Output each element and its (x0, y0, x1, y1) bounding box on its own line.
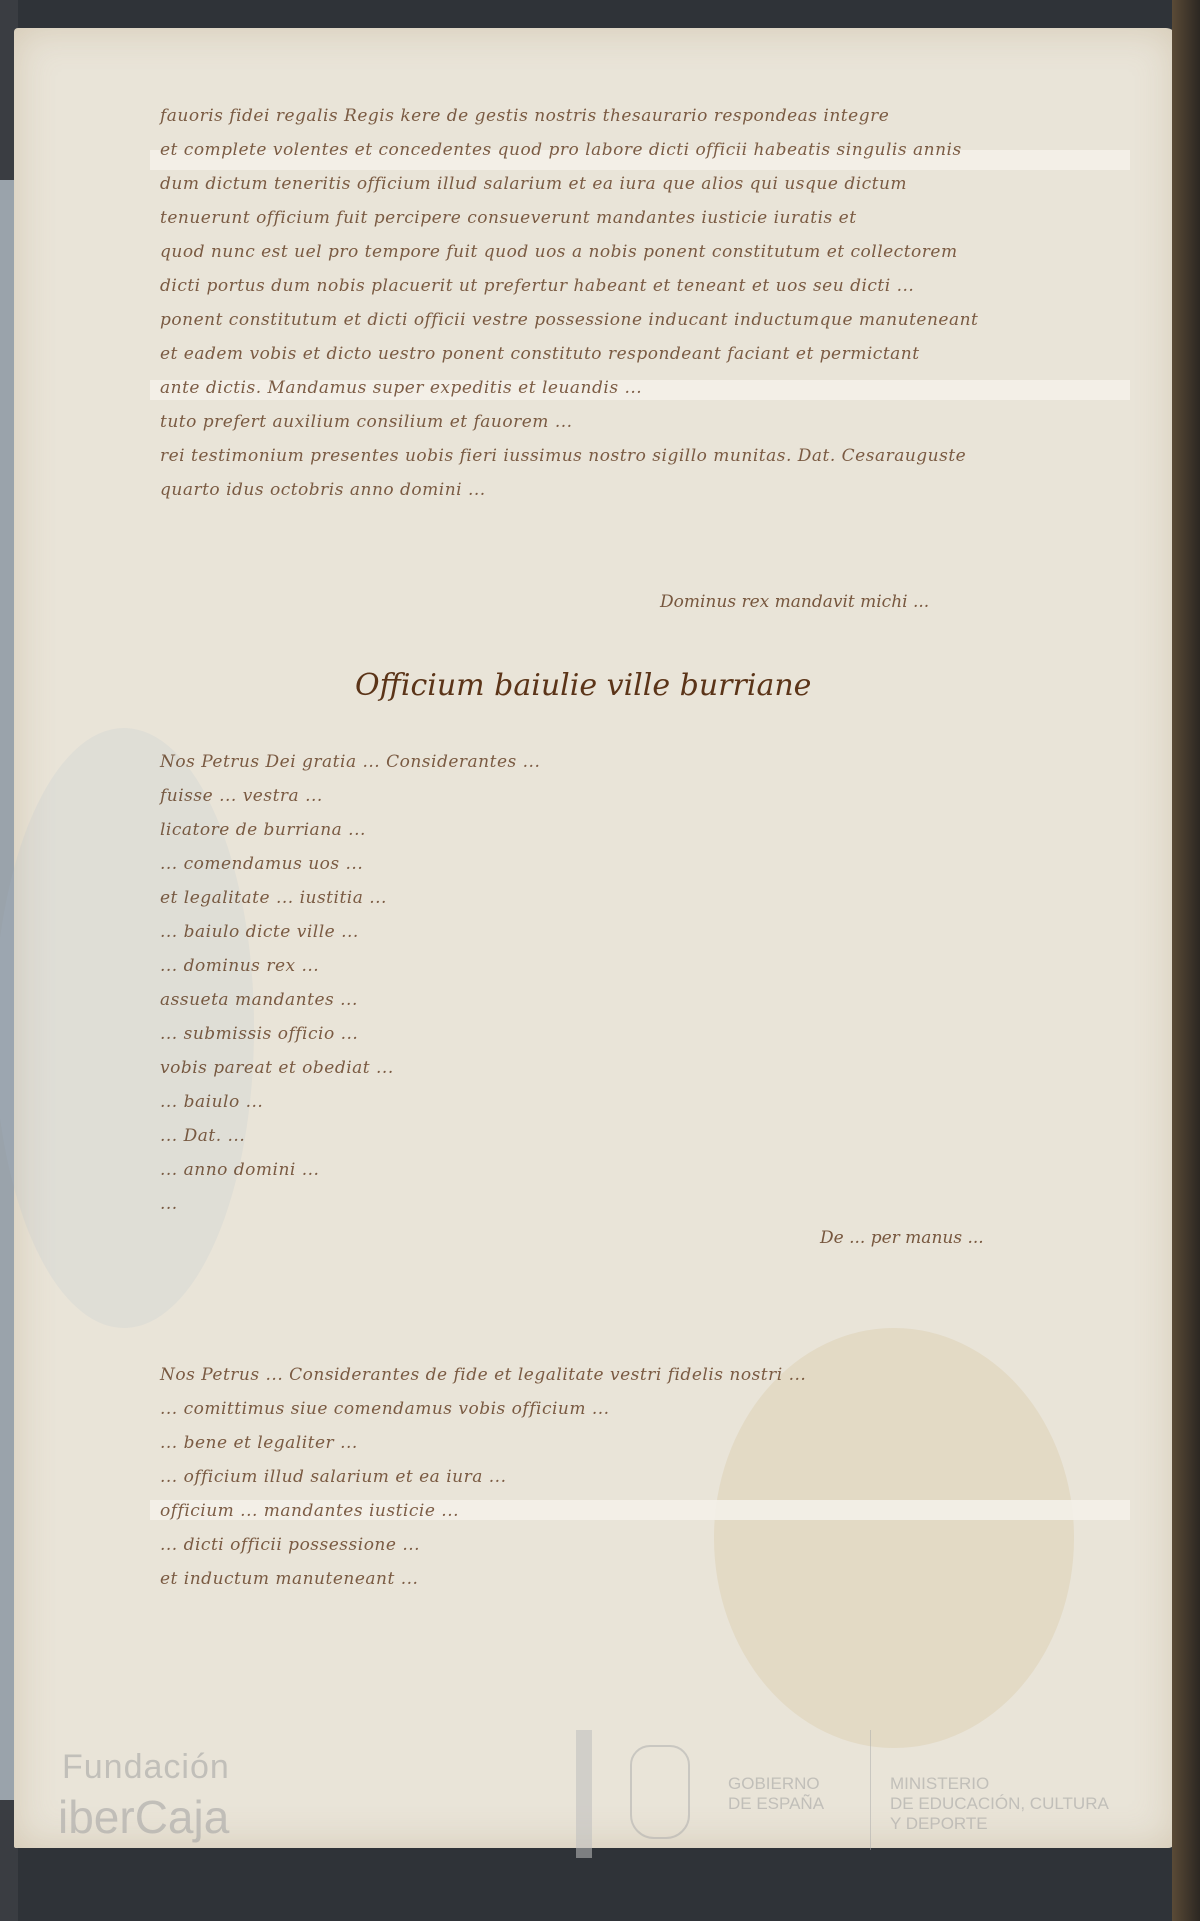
manuscript-line: ... comittimus siue comendamus vobis off… (160, 1399, 610, 1425)
watermark-foundation: Fundación (62, 1748, 230, 1787)
manuscript-line: ... anno domini ... (160, 1160, 319, 1186)
signature-note: De ... per manus ... (820, 1228, 984, 1248)
manuscript-line: rei testimonium presentes uobis fieri iu… (160, 446, 966, 472)
manuscript-line: et inductum manuteneant ... (160, 1569, 418, 1595)
watermark-ministry: MINISTERIO DE EDUCACIÓN, CULTURA Y DEPOR… (890, 1774, 1109, 1834)
watermark-government: GOBIERNO DE ESPAÑA (728, 1774, 824, 1814)
coat-of-arms-icon (630, 1745, 690, 1839)
manuscript-line: ... bene et legaliter ... (160, 1433, 358, 1459)
manuscript-line: ante dictis. Mandamus super expeditis et… (160, 378, 642, 404)
manuscript-line: ... dicti officii possessione ... (160, 1535, 420, 1561)
manuscript-line: tuto prefert auxilium consilium et fauor… (160, 412, 573, 438)
manuscript-line: ... baiulo dicte ville ... (160, 922, 359, 948)
manuscript-line: et eadem vobis et dicto uestro ponent co… (160, 344, 920, 370)
manuscript-line: ... officium illud salarium et ea iura .… (160, 1467, 506, 1493)
manuscript-line: dum dictum teneritis officium illud sala… (160, 174, 907, 200)
signature-note: Dominus rex mandavit michi ... (660, 592, 929, 612)
manuscript-line: fauoris fidei regalis Regis kere de gest… (160, 106, 889, 132)
manuscript-line: officium ... mandantes iusticie ... (160, 1501, 459, 1527)
manuscript-line: et legalitate ... iustitia ... (160, 888, 387, 914)
section-heading: Officium baiulie ville burriane (355, 668, 811, 703)
watermark-min-line1: MINISTERIO (890, 1774, 1109, 1794)
manuscript-line: dicti portus dum nobis placuerit ut pref… (160, 276, 914, 302)
paper-stain (714, 1328, 1074, 1748)
watermark-gov-line1: GOBIERNO (728, 1774, 824, 1794)
book-binding-edge (1172, 0, 1200, 1921)
manuscript-line: ... comendamus uos ... (160, 854, 363, 880)
manuscript-line: ... Dat. ... (160, 1126, 245, 1152)
watermark-gov-line2: DE ESPAÑA (728, 1794, 824, 1814)
watermark-divider (870, 1730, 871, 1850)
manuscript-line: ... (160, 1194, 178, 1220)
watermark-min-line2: DE EDUCACIÓN, CULTURA (890, 1794, 1109, 1814)
manuscript-line: assueta mandantes ... (160, 990, 358, 1016)
watermark-flag-bar (576, 1730, 592, 1858)
manuscript-line: quarto idus octobris anno domini ... (160, 480, 486, 506)
manuscript-line: Nos Petrus Dei gratia ... Considerantes … (160, 752, 540, 778)
manuscript-line: ... baiulo ... (160, 1092, 263, 1118)
manuscript-line: et complete volentes et concedentes quod… (160, 140, 962, 166)
manuscript-line: fuisse ... vestra ... (160, 786, 323, 812)
manuscript-line: ... submissis officio ... (160, 1024, 358, 1050)
watermark-min-line3: Y DEPORTE (890, 1814, 1109, 1834)
manuscript-line: vobis pareat et obediat ... (160, 1058, 394, 1084)
manuscript-line: tenuerunt officium fuit percipere consue… (160, 208, 857, 234)
manuscript-line: ponent constitutum et dicti officii vest… (160, 310, 978, 336)
manuscript-line: licatore de burriana ... (160, 820, 366, 846)
watermark-ibercaja: iberCaja (58, 1790, 229, 1844)
manuscript-line: ... dominus rex ... (160, 956, 319, 982)
manuscript-line: quod nunc est uel pro tempore fuit quod … (160, 242, 958, 268)
manuscript-line: Nos Petrus ... Considerantes de fide et … (160, 1365, 806, 1391)
